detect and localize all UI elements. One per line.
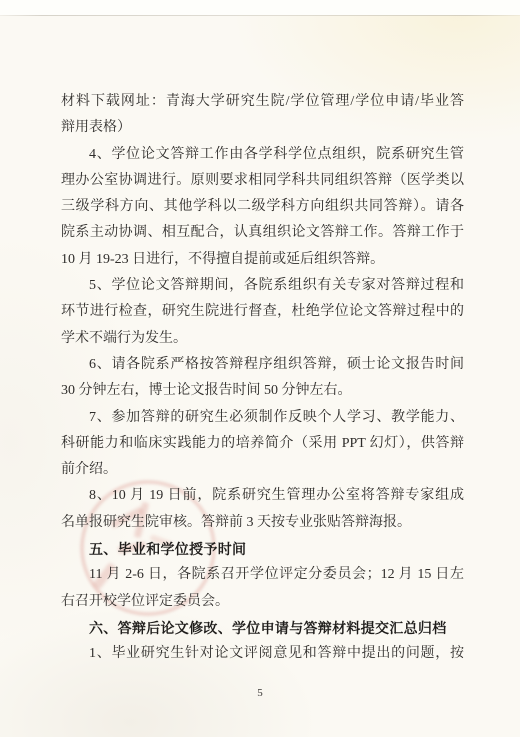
- text-line: 右召开校学位评定委员会。: [61, 589, 464, 615]
- text-line: 辩用表格）: [61, 115, 464, 141]
- text-line: 名单报研究生院审核。答辩前 3 天按专业张贴答辩海报。: [61, 510, 464, 536]
- text-line: 11 月 2-6 日，各院系召开学位评定分委员会；12 月 15 日左: [61, 562, 464, 588]
- text-line: 10 月 19-23 日进行，不得擅自提前或延后组织答辩。: [61, 247, 464, 273]
- text-line: 环节进行检查，研究生院进行督查，杜绝学位论文答辩过程中的: [61, 299, 464, 325]
- text-line: 科研能力和临床实践能力的培养简介（采用 PPT 幻灯），供答辩: [61, 431, 464, 457]
- text-line: 7、参加答辩的研究生必须制作反映个人学习、教学能力、: [61, 405, 464, 431]
- scan-edge-line: [0, 15, 520, 16]
- text-line: 30 分钟左右，博士论文报告时间 50 分钟左右。: [61, 378, 464, 404]
- text-line: 院系主动协调、相互配合，认真组织论文答辩工作。答辩工作于: [61, 220, 464, 246]
- section-heading: 六、答辩后论文修改、学位申请与答辩材料提交汇总归档: [61, 615, 464, 641]
- text-line: 8、10 月 19 日前，院系研究生管理办公室将答辩专家组成: [61, 483, 464, 509]
- text-line: 材料下载网址：青海大学研究生院/学位管理/学位申请/毕业答: [61, 89, 464, 115]
- text-line: 三级学科方向、其他学科以二级学科方向组织共同答辩）。请各: [61, 194, 464, 220]
- text-line: 前介绍。: [61, 457, 464, 483]
- text-line: 1、毕业研究生针对论文评阅意见和答辩中提出的问题，按: [61, 641, 464, 667]
- text-line: 6、请各院系严格按答辩程序组织答辩，硕士论文报告时间: [61, 352, 464, 378]
- text-line: 学术不端行为发生。: [61, 326, 464, 352]
- page-number: 5: [0, 687, 520, 699]
- text-line: 理办公室协调进行。原则要求相同学科共同组织答辩（医学类以: [61, 168, 464, 194]
- text-line: 4、学位论文答辩工作由各学科学位点组织，院系研究生管: [61, 142, 464, 168]
- document-body: 材料下载网址：青海大学研究生院/学位管理/学位申请/毕业答 辩用表格） 4、学位…: [61, 89, 464, 668]
- section-heading: 五、毕业和学位授予时间: [61, 536, 464, 562]
- text-line: 5、学位论文答辩期间，各院系组织有关专家对答辩过程和: [61, 273, 464, 299]
- document-page: 材料下载网址：青海大学研究生院/学位管理/学位申请/毕业答 辩用表格） 4、学位…: [0, 0, 520, 737]
- scan-top-strip: [0, 0, 520, 15]
